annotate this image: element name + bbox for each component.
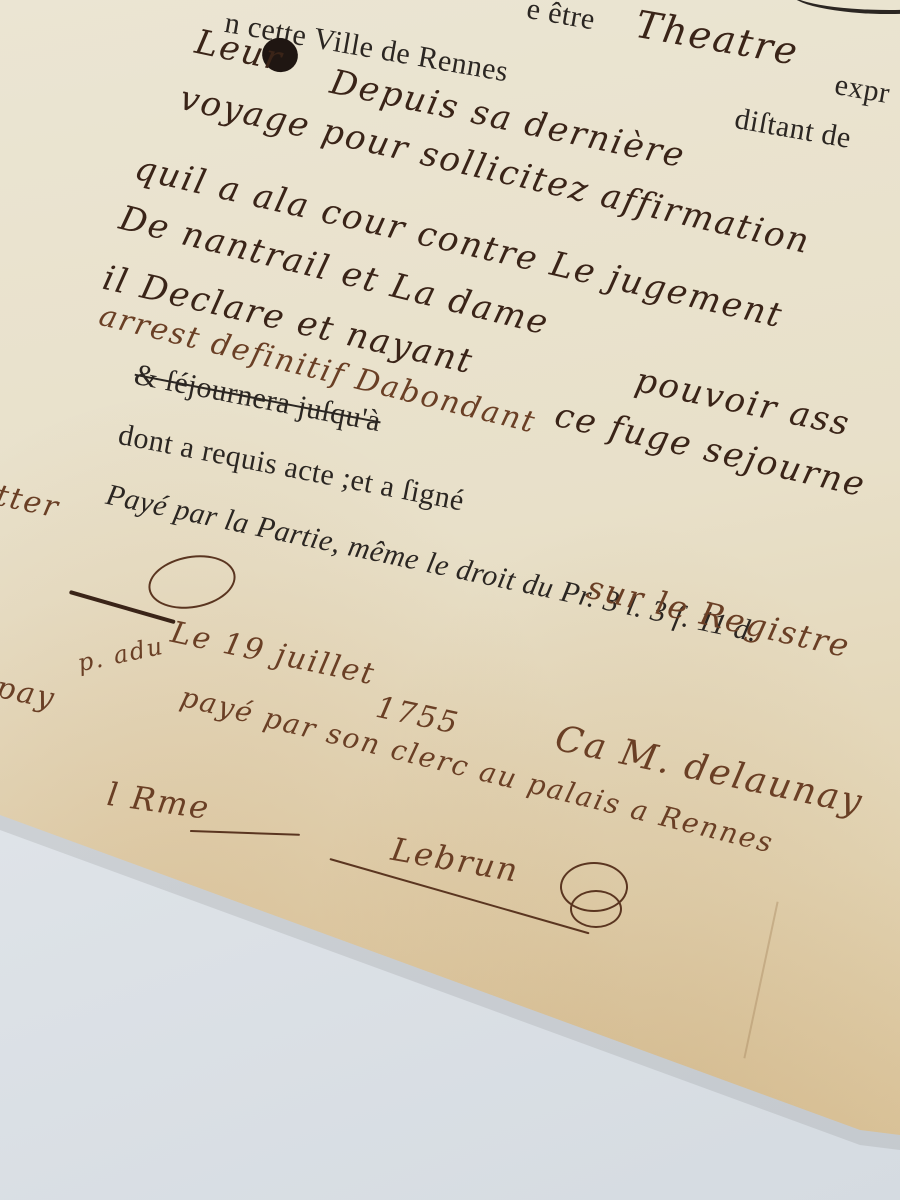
signature-paraph-loop-2 [570, 890, 622, 928]
